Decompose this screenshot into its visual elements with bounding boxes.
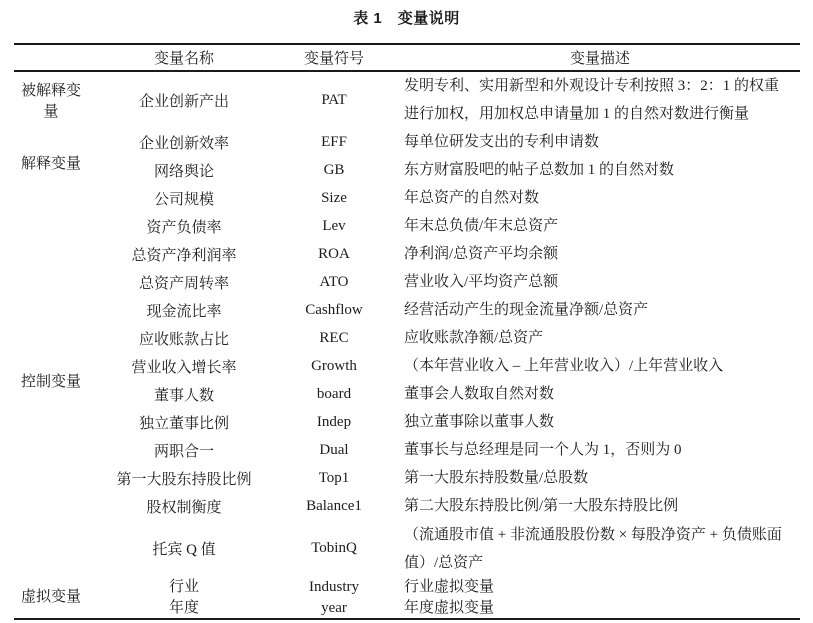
var-desc: 净利润/总资产平均余额 [400, 240, 800, 268]
table-row: 托宾 Q 值 TobinQ （流通股市值 + 非流通股股份数 × 每股净资产 +… [14, 520, 800, 577]
var-name: 企业创新效率 [100, 128, 268, 156]
var-name: 股权制衡度 [100, 492, 268, 520]
var-desc: 行业虚拟变量 [400, 577, 800, 598]
table-row: 虚拟变量 行业 Industry 行业虚拟变量 [14, 577, 800, 598]
table-row: 营业收入增长率 Growth （本年营业收入 – 上年营业收入）/上年营业收入 [14, 352, 800, 380]
var-symbol: PAT [268, 71, 400, 128]
table-row: 年度 year 年度虚拟变量 [14, 598, 800, 619]
table-row: 总资产净利润率 ROA 净利润/总资产平均余额 [14, 240, 800, 268]
var-symbol: year [268, 598, 400, 619]
var-desc: 年总资产的自然对数 [400, 184, 800, 212]
var-name: 年度 [100, 598, 268, 619]
col-header-symbol: 变量符号 [268, 44, 400, 71]
var-desc: 营业收入/平均资产总额 [400, 268, 800, 296]
var-name: 托宾 Q 值 [100, 520, 268, 577]
page-title: 表 1 变量说明 [0, 9, 813, 29]
table-row: 控制变量 公司规模 Size 年总资产的自然对数 [14, 184, 800, 212]
var-name: 总资产净利润率 [100, 240, 268, 268]
col-header-name: 变量名称 [100, 44, 268, 71]
var-symbol: GB [268, 156, 400, 184]
var-name: 第一大股东持股比例 [100, 464, 268, 492]
var-name: 独立董事比例 [100, 408, 268, 436]
var-name: 现金流比率 [100, 296, 268, 324]
table-row: 股权制衡度 Balance1 第二大股东持股比例/第一大股东持股比例 [14, 492, 800, 520]
var-name: 网络舆论 [100, 156, 268, 184]
var-name: 资产负债率 [100, 212, 268, 240]
var-name: 总资产周转率 [100, 268, 268, 296]
var-desc: 年度虚拟变量 [400, 598, 800, 619]
table-row: 网络舆论 GB 东方财富股吧的帖子总数加 1 的自然对数 [14, 156, 800, 184]
var-symbol: Dual [268, 436, 400, 464]
table-row: 被解释变量 企业创新产出 PAT 发明专利、实用新型和外观设计专利按照 3：2：… [14, 71, 800, 128]
table-row: 董事人数 board 董事会人数取自然对数 [14, 380, 800, 408]
var-desc: 第一大股东持股数量/总股数 [400, 464, 800, 492]
table-row: 两职合一 Dual 董事长与总经理是同一个人为 1，否则为 0 [14, 436, 800, 464]
table-row: 第一大股东持股比例 Top1 第一大股东持股数量/总股数 [14, 464, 800, 492]
var-desc: 应收账款净额/总资产 [400, 324, 800, 352]
col-header-desc: 变量描述 [400, 44, 800, 71]
var-desc: 每单位研发支出的专利申请数 [400, 128, 800, 156]
table-row: 资产负债率 Lev 年末总负债/年末总资产 [14, 212, 800, 240]
var-symbol: TobinQ [268, 520, 400, 577]
var-name: 公司规模 [100, 184, 268, 212]
header-row: 变量名称 变量符号 变量描述 [14, 44, 800, 71]
var-desc: （流通股市值 + 非流通股股份数 × 每股净资产 + 负债账面 值）/总资产 [400, 520, 800, 577]
var-name: 应收账款占比 [100, 324, 268, 352]
var-symbol: ATO [268, 268, 400, 296]
var-desc: 第二大股东持股比例/第一大股东持股比例 [400, 492, 800, 520]
var-symbol: Top1 [268, 464, 400, 492]
group-label: 解释变量 [14, 128, 100, 184]
var-desc: 发明专利、实用新型和外观设计专利按照 3：2：1 的权重 进行加权，用加权总申请… [400, 71, 800, 128]
var-name: 行业 [100, 577, 268, 598]
variables-table: 变量名称 变量符号 变量描述 被解释变量 企业创新产出 PAT 发明专利、实用新… [14, 43, 800, 620]
var-symbol: ROA [268, 240, 400, 268]
var-symbol: Size [268, 184, 400, 212]
table-row: 独立董事比例 Indep 独立董事除以董事人数 [14, 408, 800, 436]
var-symbol: Industry [268, 577, 400, 598]
var-name: 董事人数 [100, 380, 268, 408]
var-desc: 经营活动产生的现金流量净额/总资产 [400, 296, 800, 324]
var-symbol: Indep [268, 408, 400, 436]
var-symbol: Lev [268, 212, 400, 240]
var-desc: 东方财富股吧的帖子总数加 1 的自然对数 [400, 156, 800, 184]
var-symbol: EFF [268, 128, 400, 156]
group-label: 虚拟变量 [14, 577, 100, 619]
var-desc: 独立董事除以董事人数 [400, 408, 800, 436]
var-desc: （本年营业收入 – 上年营业收入）/上年营业收入 [400, 352, 800, 380]
var-name: 营业收入增长率 [100, 352, 268, 380]
var-symbol: Cashflow [268, 296, 400, 324]
table-row: 应收账款占比 REC 应收账款净额/总资产 [14, 324, 800, 352]
var-name: 两职合一 [100, 436, 268, 464]
col-header-group [14, 44, 100, 71]
var-symbol: Balance1 [268, 492, 400, 520]
var-desc: 年末总负债/年末总资产 [400, 212, 800, 240]
var-symbol: REC [268, 324, 400, 352]
var-symbol: board [268, 380, 400, 408]
table-row: 解释变量 企业创新效率 EFF 每单位研发支出的专利申请数 [14, 128, 800, 156]
table-row: 总资产周转率 ATO 营业收入/平均资产总额 [14, 268, 800, 296]
table-row: 现金流比率 Cashflow 经营活动产生的现金流量净额/总资产 [14, 296, 800, 324]
group-label: 被解释变量 [14, 71, 100, 128]
var-symbol: Growth [268, 352, 400, 380]
group-label: 控制变量 [14, 184, 100, 577]
var-desc: 董事会人数取自然对数 [400, 380, 800, 408]
var-name: 企业创新产出 [100, 71, 268, 128]
var-desc: 董事长与总经理是同一个人为 1，否则为 0 [400, 436, 800, 464]
